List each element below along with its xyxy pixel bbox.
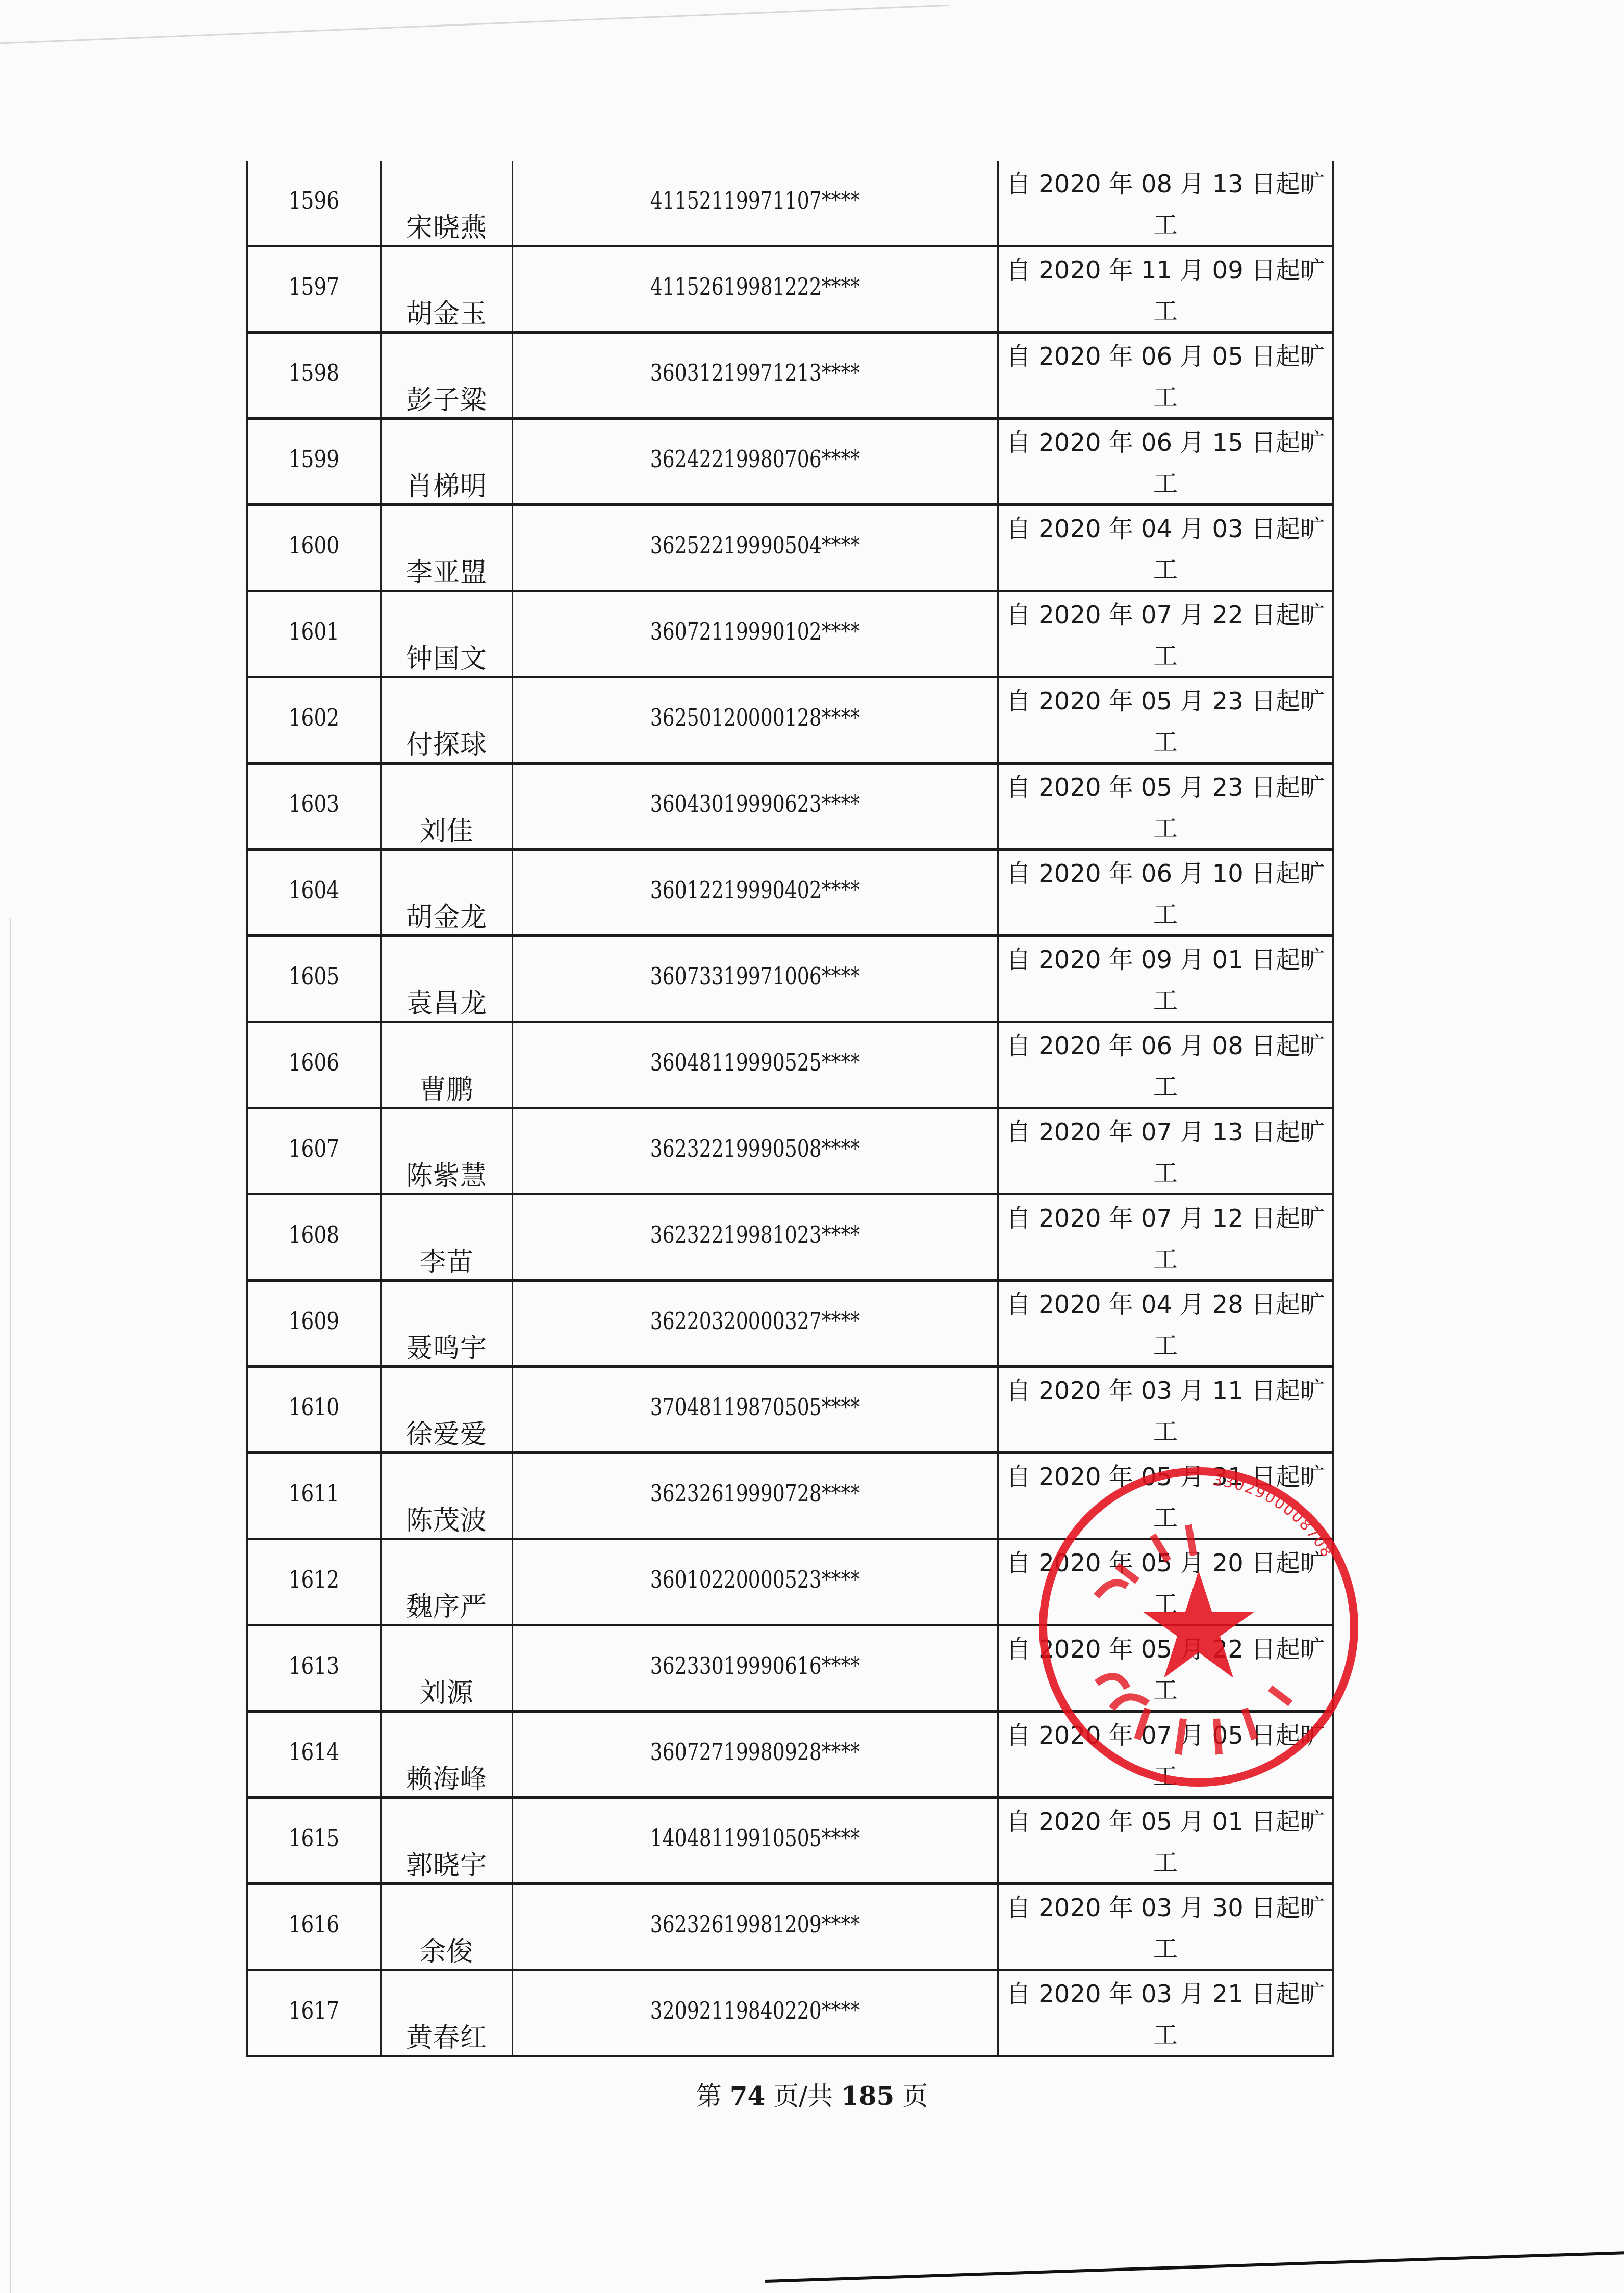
table-row: 1609聂鸣宇36220320000327****自 2020 年 04 月 2… xyxy=(247,1281,1333,1367)
id-number: 37048119870505**** xyxy=(556,1393,953,1421)
table-row: 1616余俊36232619981209****自 2020 年 03 月 30… xyxy=(247,1884,1333,1970)
id-number: 36031219971213**** xyxy=(556,359,953,387)
table-row: 1596宋晓燕41152119971107****自 2020 年 08 月 1… xyxy=(247,161,1333,246)
person-name: 陈紫慧 xyxy=(382,1154,512,1192)
cell-id: 36220320000327**** xyxy=(513,1281,998,1367)
absence-date-line1: 自 2020 年 06 月 10 日起旷 xyxy=(999,854,1332,889)
cell-absence-date: 自 2020 年 06 月 08 日起旷工 xyxy=(998,1022,1333,1108)
cell-number: 1605 xyxy=(247,936,381,1022)
absence-date-line2: 工 xyxy=(999,1153,1332,1188)
absence-date-line1: 自 2020 年 05 月 20 日起旷 xyxy=(999,1543,1332,1578)
id-number: 36233019990616**** xyxy=(556,1652,953,1679)
table-row: 1598彭子粱36031219971213****自 2020 年 06 月 0… xyxy=(247,333,1333,419)
id-number: 36043019990623**** xyxy=(556,790,953,818)
cell-id: 41152619981222**** xyxy=(513,246,998,333)
cell-absence-date: 自 2020 年 06 月 05 日起旷工 xyxy=(998,333,1333,419)
cell-absence-date: 自 2020 年 06 月 15 日起旷工 xyxy=(998,419,1333,505)
table-row: 1612魏序严36010220000523****自 2020 年 05 月 2… xyxy=(247,1539,1333,1625)
person-name: 胡金龙 xyxy=(382,896,512,934)
id-number: 14048119910505**** xyxy=(556,1824,953,1852)
table-body: 1596宋晓燕41152119971107****自 2020 年 08 月 1… xyxy=(247,161,1333,2056)
person-name: 李苗 xyxy=(382,1240,512,1279)
absence-date-line2: 工 xyxy=(999,808,1332,844)
absence-date-line2: 工 xyxy=(999,1670,1332,1705)
cell-number: 1612 xyxy=(247,1539,381,1625)
cell-absence-date: 自 2020 年 11 月 09 日起旷工 xyxy=(998,246,1333,333)
row-number: 1601 xyxy=(258,618,370,645)
absence-date-line2: 工 xyxy=(999,722,1332,757)
row-number: 1611 xyxy=(258,1480,370,1507)
person-name: 肖梯明 xyxy=(382,465,512,503)
cell-absence-date: 自 2020 年 05 月 23 日起旷工 xyxy=(998,763,1333,850)
absence-date-line2: 工 xyxy=(999,1412,1332,1447)
cell-id: 36010220000523**** xyxy=(513,1539,998,1625)
row-number: 1599 xyxy=(258,445,370,473)
cell-id: 36072119990102**** xyxy=(513,591,998,677)
cell-name: 付探球 xyxy=(381,677,513,763)
row-number: 1600 xyxy=(258,531,370,559)
table-row: 1615郭晓宇14048119910505****自 2020 年 05 月 0… xyxy=(247,1798,1333,1884)
cell-name: 彭子粱 xyxy=(381,333,513,419)
row-number: 1615 xyxy=(258,1824,370,1852)
person-name: 余俊 xyxy=(382,1930,512,1968)
absence-date-line1: 自 2020 年 05 月 23 日起旷 xyxy=(999,768,1332,803)
id-number: 41152119971107**** xyxy=(556,187,953,214)
cell-name: 黄春红 xyxy=(381,1970,513,2056)
id-number: 36220320000327**** xyxy=(556,1307,953,1335)
cell-id: 36048119990525**** xyxy=(513,1022,998,1108)
id-number: 41152619981222**** xyxy=(556,273,953,300)
id-number: 36232219990508**** xyxy=(556,1135,953,1162)
absence-date-line1: 自 2020 年 03 月 30 日起旷 xyxy=(999,1888,1332,1923)
absence-date-line1: 自 2020 年 11 月 09 日起旷 xyxy=(999,250,1332,286)
cell-absence-date: 自 2020 年 07 月 22 日起旷工 xyxy=(998,591,1333,677)
table-row: 1610徐爱爱37048119870505****自 2020 年 03 月 1… xyxy=(247,1367,1333,1453)
cell-id: 36232619990728**** xyxy=(513,1453,998,1539)
cell-absence-date: 自 2020 年 05 月 20 日起旷工 xyxy=(998,1539,1333,1625)
person-name: 钟国文 xyxy=(382,637,512,675)
cell-name: 徐爱爱 xyxy=(381,1367,513,1453)
absence-date-line2: 工 xyxy=(999,1584,1332,1619)
page-number: 第 74 页/共 185 页 xyxy=(0,2076,1624,2112)
absence-date-line2: 工 xyxy=(999,464,1332,499)
person-name: 李亚盟 xyxy=(382,551,512,589)
footer-prefix: 第 xyxy=(696,2081,730,2111)
page-top-shadow xyxy=(0,0,949,45)
absence-date-line1: 自 2020 年 06 月 08 日起旷 xyxy=(999,1026,1332,1061)
person-name: 付探球 xyxy=(382,723,512,761)
cell-id: 36252219990504**** xyxy=(513,505,998,591)
cell-id: 36012219990402**** xyxy=(513,850,998,936)
cell-number: 1617 xyxy=(247,1970,381,2056)
cell-name: 钟国文 xyxy=(381,591,513,677)
person-name: 刘源 xyxy=(382,1671,512,1710)
cell-number: 1603 xyxy=(247,763,381,850)
absence-date-line1: 自 2020 年 06 月 15 日起旷 xyxy=(999,423,1332,458)
absence-date-line1: 自 2020 年 03 月 21 日起旷 xyxy=(999,1974,1332,2009)
row-number: 1597 xyxy=(258,273,370,300)
id-number: 36232619990728**** xyxy=(556,1480,953,1507)
id-number: 36012219990402**** xyxy=(556,876,953,904)
cell-number: 1607 xyxy=(247,1108,381,1194)
cell-id: 14048119910505**** xyxy=(513,1798,998,1884)
absence-date-line2: 工 xyxy=(999,1067,1332,1102)
id-number: 36072119990102**** xyxy=(556,618,953,645)
id-number: 36232219981023**** xyxy=(556,1221,953,1249)
cell-absence-date: 自 2020 年 07 月 12 日起旷工 xyxy=(998,1194,1333,1281)
page-bottom-edge xyxy=(765,2249,1624,2283)
cell-absence-date: 自 2020 年 05 月 23 日起旷工 xyxy=(998,677,1333,763)
absence-date-line2: 工 xyxy=(999,1929,1332,1964)
cell-number: 1611 xyxy=(247,1453,381,1539)
row-number: 1604 xyxy=(258,876,370,904)
table-row: 1602付探球36250120000128****自 2020 年 05 月 2… xyxy=(247,677,1333,763)
cell-id: 36232219981023**** xyxy=(513,1194,998,1281)
cell-name: 李苗 xyxy=(381,1194,513,1281)
table-row: 1613刘源36233019990616****自 2020 年 05 月 22… xyxy=(247,1625,1333,1712)
id-number: 36252219990504**** xyxy=(556,531,953,559)
total-pages: 185 xyxy=(841,2081,894,2111)
cell-number: 1608 xyxy=(247,1194,381,1281)
person-name: 曹鹏 xyxy=(382,1068,512,1106)
cell-number: 1610 xyxy=(247,1367,381,1453)
cell-id: 41152119971107**** xyxy=(513,161,998,246)
table-row: 1606曹鹏36048119990525****自 2020 年 06 月 08… xyxy=(247,1022,1333,1108)
row-number: 1614 xyxy=(258,1738,370,1766)
cell-number: 1609 xyxy=(247,1281,381,1367)
absence-date-line1: 自 2020 年 04 月 03 日起旷 xyxy=(999,509,1332,544)
cell-number: 1599 xyxy=(247,419,381,505)
absence-date-line1: 自 2020 年 07 月 13 日起旷 xyxy=(999,1112,1332,1148)
absence-date-line1: 自 2020 年 07 月 12 日起旷 xyxy=(999,1199,1332,1234)
cell-name: 李亚盟 xyxy=(381,505,513,591)
table-row: 1605袁昌龙36073319971006****自 2020 年 09 月 0… xyxy=(247,936,1333,1022)
cell-name: 宋晓燕 xyxy=(381,161,513,246)
row-number: 1602 xyxy=(258,704,370,731)
person-name: 彭子粱 xyxy=(382,378,512,417)
row-number: 1617 xyxy=(258,1997,370,2024)
row-number: 1598 xyxy=(258,359,370,387)
cell-name: 袁昌龙 xyxy=(381,936,513,1022)
cell-number: 1602 xyxy=(247,677,381,763)
cell-name: 郭晓宇 xyxy=(381,1798,513,1884)
cell-number: 1613 xyxy=(247,1625,381,1712)
absence-date-line2: 工 xyxy=(999,981,1332,1016)
cell-name: 胡金玉 xyxy=(381,246,513,333)
cell-number: 1598 xyxy=(247,333,381,419)
table-row: 1608李苗36232219981023****自 2020 年 07 月 12… xyxy=(247,1194,1333,1281)
cell-name: 陈茂波 xyxy=(381,1453,513,1539)
row-number: 1609 xyxy=(258,1307,370,1335)
id-number: 36010220000523**** xyxy=(556,1566,953,1593)
id-number: 36250120000128**** xyxy=(556,704,953,731)
cell-name: 肖梯明 xyxy=(381,419,513,505)
absence-date-line1: 自 2020 年 05 月 23 日起旷 xyxy=(999,681,1332,717)
cell-name: 赖海峰 xyxy=(381,1712,513,1798)
cell-name: 聂鸣宇 xyxy=(381,1281,513,1367)
absence-date-line1: 自 2020 年 07 月 22 日起旷 xyxy=(999,595,1332,630)
cell-absence-date: 自 2020 年 05 月 22 日起旷工 xyxy=(998,1625,1333,1712)
absentee-table: 1596宋晓燕41152119971107****自 2020 年 08 月 1… xyxy=(246,161,1334,2057)
footer-suffix: 页 xyxy=(894,2081,928,2111)
cell-name: 胡金龙 xyxy=(381,850,513,936)
row-number: 1606 xyxy=(258,1049,370,1076)
cell-id: 36043019990623**** xyxy=(513,763,998,850)
absence-date-line2: 工 xyxy=(999,1498,1332,1533)
person-name: 袁昌龙 xyxy=(382,982,512,1020)
cell-absence-date: 自 2020 年 03 月 30 日起旷工 xyxy=(998,1884,1333,1970)
table-row: 1600李亚盟36252219990504****自 2020 年 04 月 0… xyxy=(247,505,1333,591)
cell-absence-date: 自 2020 年 04 月 03 日起旷工 xyxy=(998,505,1333,591)
cell-number: 1616 xyxy=(247,1884,381,1970)
absence-date-line2: 工 xyxy=(999,377,1332,413)
person-name: 聂鸣宇 xyxy=(382,1327,512,1365)
cell-absence-date: 自 2020 年 03 月 11 日起旷工 xyxy=(998,1367,1333,1453)
person-name: 胡金玉 xyxy=(382,292,512,330)
cell-name: 陈紫慧 xyxy=(381,1108,513,1194)
person-name: 黄春红 xyxy=(382,2016,512,2054)
cell-absence-date: 自 2020 年 09 月 01 日起旷工 xyxy=(998,936,1333,1022)
person-name: 魏序严 xyxy=(382,1585,512,1623)
row-number: 1603 xyxy=(258,790,370,818)
absence-date-line2: 工 xyxy=(999,1843,1332,1878)
id-number: 36048119990525**** xyxy=(556,1049,953,1076)
table-row: 1597胡金玉41152619981222****自 2020 年 11 月 0… xyxy=(247,246,1333,333)
table-row: 1599肖梯明36242219980706****自 2020 年 06 月 1… xyxy=(247,419,1333,505)
id-number: 36072719980928**** xyxy=(556,1738,953,1766)
absence-date-line1: 自 2020 年 04 月 28 日起旷 xyxy=(999,1285,1332,1320)
table-row: 1607陈紫慧36232219990508****自 2020 年 07 月 1… xyxy=(247,1108,1333,1194)
cell-number: 1600 xyxy=(247,505,381,591)
row-number: 1605 xyxy=(258,962,370,990)
absence-date-line2: 工 xyxy=(999,291,1332,326)
absence-date-line2: 工 xyxy=(999,1326,1332,1361)
absence-date-line2: 工 xyxy=(999,2015,1332,2050)
absence-date-line1: 自 2020 年 08 月 13 日起旷 xyxy=(999,164,1332,199)
absence-date-line2: 工 xyxy=(999,1239,1332,1275)
person-name: 赖海峰 xyxy=(382,1757,512,1796)
cell-absence-date: 自 2020 年 06 月 10 日起旷工 xyxy=(998,850,1333,936)
footer-middle: 页/共 xyxy=(765,2081,841,2111)
absence-date-line1: 自 2020 年 05 月 01 日起旷 xyxy=(999,1802,1332,1837)
id-number: 36232619981209**** xyxy=(556,1910,953,1938)
person-name: 宋晓燕 xyxy=(382,206,512,244)
id-number: 36073319971006**** xyxy=(556,962,953,990)
cell-name: 余俊 xyxy=(381,1884,513,1970)
cell-name: 魏序严 xyxy=(381,1539,513,1625)
table-row: 1617黄春红32092119840220****自 2020 年 03 月 2… xyxy=(247,1970,1333,2056)
person-name: 陈茂波 xyxy=(382,1499,512,1537)
cell-id: 32092119840220**** xyxy=(513,1970,998,2056)
cell-number: 1615 xyxy=(247,1798,381,1884)
cell-name: 刘源 xyxy=(381,1625,513,1712)
absence-date-line1: 自 2020 年 06 月 05 日起旷 xyxy=(999,337,1332,372)
cell-id: 36250120000128**** xyxy=(513,677,998,763)
table-row: 1614赖海峰36072719980928****自 2020 年 07 月 0… xyxy=(247,1712,1333,1798)
cell-absence-date: 自 2020 年 05 月 31 日起旷工 xyxy=(998,1453,1333,1539)
cell-number: 1604 xyxy=(247,850,381,936)
cell-id: 36242219980706**** xyxy=(513,419,998,505)
cell-number: 1614 xyxy=(247,1712,381,1798)
id-number: 32092119840220**** xyxy=(556,1997,953,2024)
row-number: 1607 xyxy=(258,1135,370,1162)
current-page: 74 xyxy=(730,2081,766,2111)
cell-name: 刘佳 xyxy=(381,763,513,850)
cell-id: 36073319971006**** xyxy=(513,936,998,1022)
absence-date-line1: 自 2020 年 07 月 05 日起旷 xyxy=(999,1716,1332,1751)
cell-name: 曹鹏 xyxy=(381,1022,513,1108)
row-number: 1596 xyxy=(258,187,370,214)
cell-absence-date: 自 2020 年 05 月 01 日起旷工 xyxy=(998,1798,1333,1884)
person-name: 刘佳 xyxy=(382,809,512,848)
row-number: 1613 xyxy=(258,1652,370,1679)
cell-number: 1601 xyxy=(247,591,381,677)
row-number: 1608 xyxy=(258,1221,370,1249)
cell-absence-date: 自 2020 年 07 月 13 日起旷工 xyxy=(998,1108,1333,1194)
absence-date-line1: 自 2020 年 05 月 31 日起旷 xyxy=(999,1457,1332,1492)
row-number: 1616 xyxy=(258,1910,370,1938)
cell-absence-date: 自 2020 年 08 月 13 日起旷工 xyxy=(998,161,1333,246)
cell-number: 1596 xyxy=(247,161,381,246)
absence-date-line1: 自 2020 年 09 月 01 日起旷 xyxy=(999,940,1332,975)
cell-absence-date: 自 2020 年 03 月 21 日起旷工 xyxy=(998,1970,1333,2056)
cell-absence-date: 自 2020 年 04 月 28 日起旷工 xyxy=(998,1281,1333,1367)
row-number: 1612 xyxy=(258,1566,370,1593)
cell-id: 36232619981209**** xyxy=(513,1884,998,1970)
cell-id: 36232219990508**** xyxy=(513,1108,998,1194)
cell-number: 1606 xyxy=(247,1022,381,1108)
absence-date-line1: 自 2020 年 05 月 22 日起旷 xyxy=(999,1629,1332,1665)
id-number: 36242219980706**** xyxy=(556,445,953,473)
cell-id: 37048119870505**** xyxy=(513,1367,998,1453)
absence-date-line2: 工 xyxy=(999,1756,1332,1792)
absence-date-line2: 工 xyxy=(999,636,1332,671)
cell-absence-date: 自 2020 年 07 月 05 日起旷工 xyxy=(998,1712,1333,1798)
table-row: 1601钟国文36072119990102****自 2020 年 07 月 2… xyxy=(247,591,1333,677)
person-name: 徐爱爱 xyxy=(382,1413,512,1451)
table-row: 1604胡金龙36012219990402****自 2020 年 06 月 1… xyxy=(247,850,1333,936)
cell-number: 1597 xyxy=(247,246,381,333)
absence-date-line2: 工 xyxy=(999,895,1332,930)
person-name: 郭晓宇 xyxy=(382,1844,512,1882)
table-row: 1603刘佳36043019990623****自 2020 年 05 月 23… xyxy=(247,763,1333,850)
table-row: 1611陈茂波36232619990728****自 2020 年 05 月 3… xyxy=(247,1453,1333,1539)
absence-date-line2: 工 xyxy=(999,550,1332,585)
absence-date-line1: 自 2020 年 03 月 11 日起旷 xyxy=(999,1371,1332,1406)
cell-id: 36031219971213**** xyxy=(513,333,998,419)
row-number: 1610 xyxy=(258,1393,370,1421)
cell-id: 36072719980928**** xyxy=(513,1712,998,1798)
cell-id: 36233019990616**** xyxy=(513,1625,998,1712)
absence-date-line2: 工 xyxy=(999,205,1332,240)
